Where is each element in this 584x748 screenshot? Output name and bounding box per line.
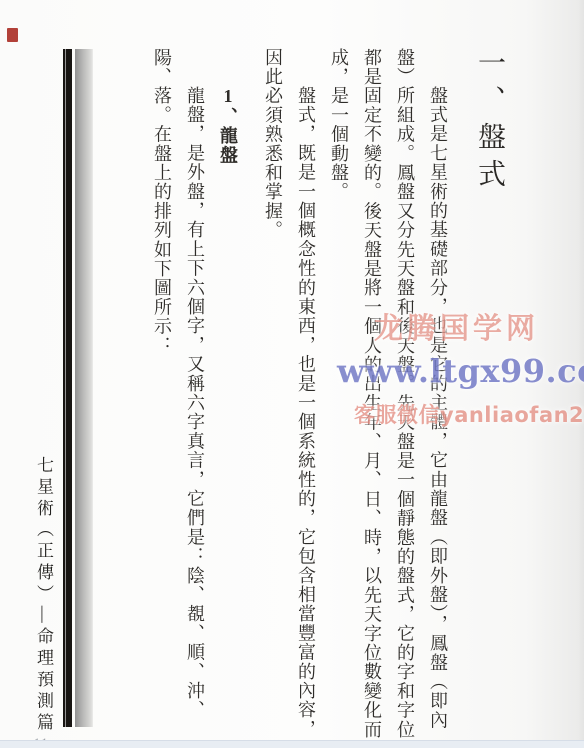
watermark-site-name: 龙腾国学网 xyxy=(374,306,539,347)
page-bottom-edge xyxy=(0,740,584,748)
book-title-sidebar: 七星術（正傳）—命理預測篇 xyxy=(31,456,56,746)
text-column: 龍盤，是外盤，有上下六個字，又稱六字真言，它們是：陰、覩、順、沖、 xyxy=(178,48,211,744)
text-column: 陽、落。在盤上的排列如下圖所示： xyxy=(145,48,178,744)
binding-bar-gray xyxy=(75,49,93,727)
text-column: 因此必須熟悉和掌握。 xyxy=(256,48,289,744)
text-column: 盤式是七星術的基礎部分，也是它的主體，它由龍盤（即外盤），鳳盤（即內 xyxy=(421,48,454,744)
text-columns: 一、盤式盤式是七星術的基礎部分，也是它的主體，它由龍盤（即外盤），鳳盤（即內盤）… xyxy=(140,48,514,744)
section-heading-column: 1、龍盤 xyxy=(211,48,244,744)
text-column: 都是固定不變的。後天盤是將一個人的出生年、月、日、時，以先天字位數變化而 xyxy=(355,48,388,744)
binding-bar-black xyxy=(63,49,72,727)
red-ink-mark xyxy=(7,28,18,42)
watermark-contact: 客服微信yanliaofan225 xyxy=(354,399,584,429)
scanned-book-page: 一、盤式盤式是七星術的基礎部分，也是它的主體，它由龍盤（即外盤），鳳盤（即內盤）… xyxy=(0,0,584,748)
text-column: 盤式，既是一個概念性的東西，也是一個系統性的，它包含相當豐富的內容， xyxy=(289,48,322,744)
chapter-title-column: 一、盤式 xyxy=(464,48,514,744)
watermark-site-url: www.ltgx99.com xyxy=(337,352,584,390)
text-column: 成，是一個動盤。 xyxy=(322,48,355,744)
text-column: 盤）所組成。鳳盤又分先天盤和後天盤。先天盤是一個靜態的盤式，它的字和字位 xyxy=(388,48,421,744)
